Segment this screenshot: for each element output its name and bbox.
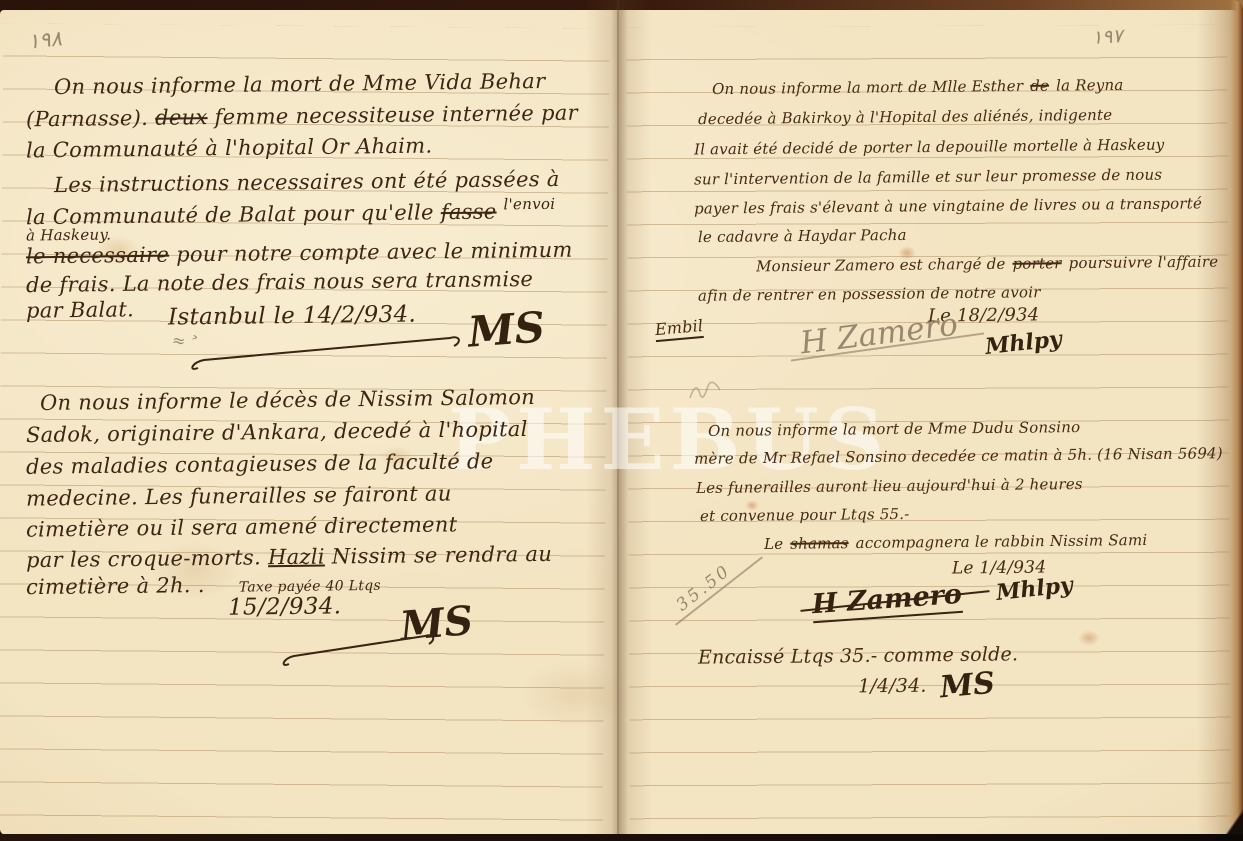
notebook-cover-bottom-edge	[0, 834, 1243, 841]
right-entry1-line1a: On nous informe la mort de Mlle Esther	[712, 77, 1023, 98]
left-entry1-line5-struck-word: fasse	[441, 199, 497, 224]
right-entry2-line5a: Le	[764, 535, 783, 553]
right-entry3-signature-monogram: MS	[939, 666, 997, 706]
left-entry1-line2a: (Parnasse).	[26, 106, 148, 131]
left-entry1-line3: la Communauté à l'hopital Or Ahaim.	[26, 134, 433, 163]
left-entry1-line7b: pour notre compte avec le minimum	[176, 238, 573, 267]
notebook-photo: PHEBUS ١٩٨ ١٩٧ On nous informe la mort d…	[0, 0, 1243, 841]
left-entry1-line2b: femme necessiteuse internée par	[214, 101, 578, 129]
right-entry1-line7-struck-word: porter	[1012, 254, 1061, 273]
pencil-scribble	[686, 376, 726, 402]
left-entry2-line6a: par les croque-morts.	[26, 545, 261, 572]
right-entry1-margin-note: Embil	[654, 316, 704, 342]
paper-stain	[1078, 630, 1100, 646]
right-entry1-line6: le cadavre à Haydar Pacha	[698, 226, 907, 246]
right-entry3-dateline: 1/4/34.	[858, 675, 927, 698]
right-entry1-line1b: la Reyna	[1056, 76, 1124, 95]
left-entry2-line7-text: cimetière à 2h. .	[26, 573, 205, 599]
right-entry1-line7a: Monsieur Zamero est chargé de	[756, 255, 1006, 276]
right-entry1-line1-struck-word: de	[1030, 77, 1049, 95]
left-entry2-dateline: 15/2/934.	[228, 593, 342, 620]
folio-number-left: ١٩٨	[27, 26, 63, 53]
right-entry2-line5-struck-word: shamas	[790, 534, 849, 553]
left-entry1-line5-superscript: l'envoi	[503, 195, 555, 214]
right-entry1-line8: afin de rentrer en possession de notre a…	[698, 283, 1041, 305]
paper-stain	[520, 660, 630, 730]
left-entry2-line6b: Nissim se rendra au	[332, 542, 553, 569]
folio-number-right: ١٩٧	[1091, 25, 1123, 49]
right-entry3-line1: Encaissé Ltqs 35.- comme solde.	[698, 643, 1018, 668]
right-entry2-line4: et convenue pour Ltqs 55.-	[700, 505, 910, 525]
right-entry2-line5b: accompagnera le rabbin Nissim Sami	[856, 531, 1148, 552]
left-entry1-dateline: Istanbul le 14/2/934.	[168, 301, 416, 330]
left-entry1-interline-insert: à Haskeuy.	[26, 225, 112, 244]
left-entry1-line2-struck-word: deux	[155, 105, 208, 130]
signature-flourish	[180, 328, 490, 376]
signature-flourish	[275, 628, 455, 670]
left-entry2-line6-underlined-word: Hazli	[268, 545, 325, 570]
left-entry1-line9: par Balat.	[26, 297, 134, 322]
pencil-check-marks: ≈ ˃	[171, 330, 200, 353]
left-entry1-line7-struck-phrase: le necessaire	[26, 243, 169, 269]
right-entry1-line7b: poursuivre l'affaire	[1069, 253, 1219, 273]
page-stack-edge	[1197, 0, 1243, 841]
